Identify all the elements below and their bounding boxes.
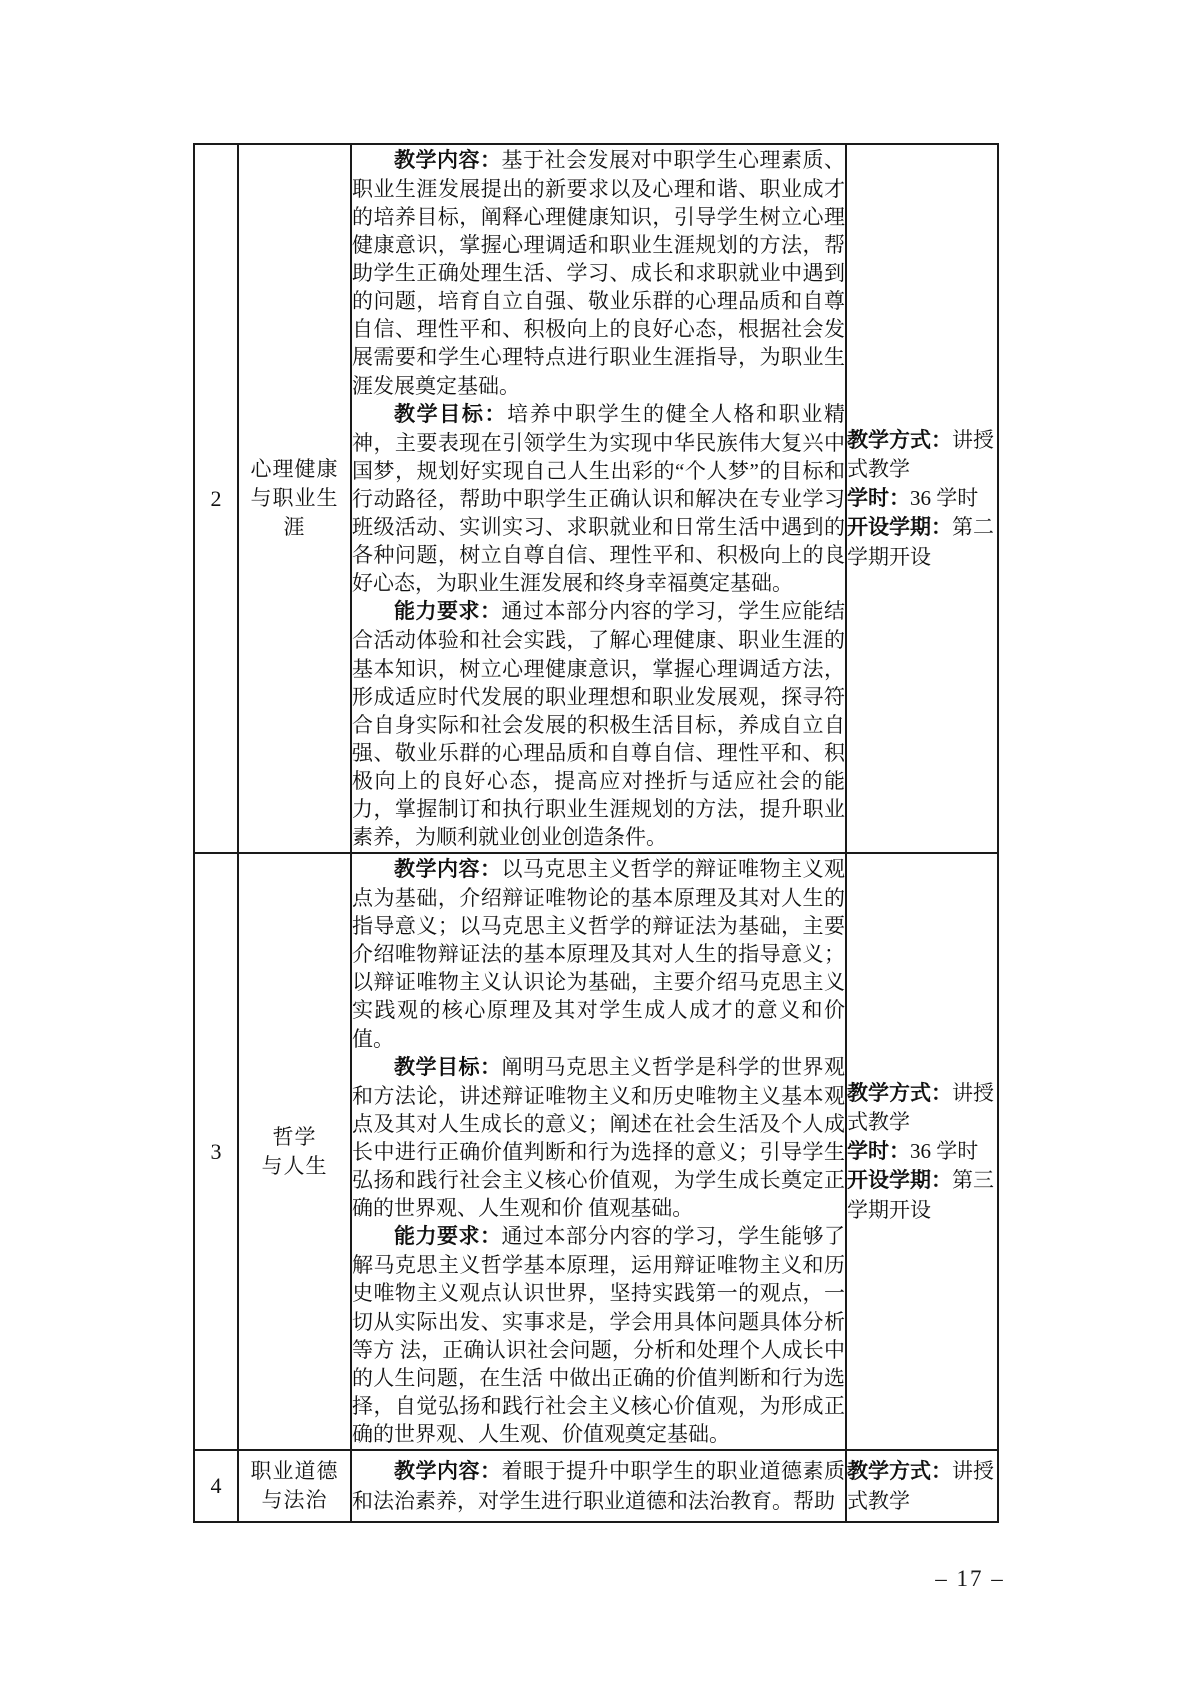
course-title-line: 与人生 [239,1152,350,1181]
info-line: 教学方式：讲授式教学 [847,1079,997,1137]
course-title-line: 与法治 [239,1486,350,1515]
curriculum-table: 2心理健康与职业生涯教学内容：基于社会发展对中职学生心理素质、职业生涯发展提出的… [193,143,999,1523]
info-line: 教学方式：讲授式教学 [847,1457,997,1515]
paragraph-text: 以马克思主义哲学的辩证唯物主义观点为基础，介绍辩证唯物论的基本原理及其对人生的指… [352,857,845,1051]
page-number: – 17 – [905,1566,1035,1592]
course-info-cell: 教学方式：讲授式教学 [846,1450,998,1522]
paragraph-label: 教学内容： [394,858,502,881]
course-description-cell: 教学内容：基于社会发展对中职学生心理素质、职业生涯发展提出的新要求以及心理和谐、… [351,144,846,853]
curriculum-table-body: 2心理健康与职业生涯教学内容：基于社会发展对中职学生心理素质、职业生涯发展提出的… [194,144,998,1522]
paragraph-text: 培养中职学生的健全人格和职业精神，主要表现在引领学生为实现中华民族伟大复兴中国梦… [352,402,845,596]
info-label: 教学方式： [847,1082,952,1105]
row-number: 2 [195,486,237,512]
info-line: 学时：36 学时 [847,484,997,513]
course-title-line: 与职业生 [239,484,350,513]
course-description-cell: 教学内容：着眼于提升中职学生的职业道德素质和法治素养，对学生进行职业道德和法治教… [351,1450,846,1522]
paragraph-label: 教学目标： [394,1056,502,1079]
row-number: 3 [195,1139,237,1165]
info-label: 教学方式： [847,429,952,452]
table-row: 3哲学与人生教学内容：以马克思主义哲学的辩证唯物主义观点为基础，介绍辩证唯物论的… [194,853,998,1450]
info-value: 36 学时 [910,1139,978,1163]
info-label: 开设学期： [847,1169,952,1192]
paragraph-label: 能力要求： [394,1225,502,1248]
course-title-line: 哲学 [239,1123,350,1152]
course-info-cell: 教学方式：讲授式教学学时：36 学时开设学期：第二学期开设 [846,144,998,853]
info-label: 开设学期： [847,516,952,539]
description-paragraph: 能力要求：通过本部分内容的学习，学生能够了解马克思主义哲学基本原理，运用辩证唯物… [352,1222,845,1448]
row-number-cell: 3 [194,853,238,1450]
paragraph-label: 教学目标： [394,403,507,426]
course-info-cell: 教学方式：讲授式教学学时：36 学时开设学期：第三学期开设 [846,853,998,1450]
course-description-cell: 教学内容：以马克思主义哲学的辩证唯物主义观点为基础，介绍辩证唯物论的基本原理及其… [351,853,846,1450]
paragraph-label: 教学内容： [394,149,502,172]
description-paragraph: 教学内容：基于社会发展对中职学生心理素质、职业生涯发展提出的新要求以及心理和谐、… [352,146,845,400]
info-line: 教学方式：讲授式教学 [847,426,997,484]
paragraph-text: 基于社会发展对中职学生心理素质、职业生涯发展提出的新要求以及心理和谐、职业成才的… [352,148,845,398]
document-page: 2心理健康与职业生涯教学内容：基于社会发展对中职学生心理素质、职业生涯发展提出的… [0,0,1191,1684]
info-line: 开设学期：第二学期开设 [847,513,997,571]
paragraph-text: 通过本部分内容的学习，学生应能结合活动体验和社会实践，了解心理健康、职业生涯的基… [352,599,845,849]
description-paragraph: 教学目标：培养中职学生的健全人格和职业精神，主要表现在引领学生为实现中华民族伟大… [352,400,845,598]
paragraph-text: 阐明马克思主义哲学是科学的世界观和方法论，讲述辩证唯物主义和历史唯物主义基本观点… [352,1055,845,1220]
table-row: 4职业道德与法治教学内容：着眼于提升中职学生的职业道德素质和法治素养，对学生进行… [194,1450,998,1522]
info-label: 教学方式： [847,1460,952,1483]
description-paragraph: 教学内容：着眼于提升中职学生的职业道德素质和法治素养，对学生进行职业道德和法治教… [352,1457,845,1514]
row-number-cell: 4 [194,1450,238,1522]
course-title-line: 心理健康 [239,455,350,484]
course-title-line: 职业道德 [239,1457,350,1486]
description-paragraph: 教学内容：以马克思主义哲学的辩证唯物主义观点为基础，介绍辩证唯物论的基本原理及其… [352,855,845,1053]
course-title-line: 涯 [239,513,350,542]
info-label: 学时： [847,1140,910,1163]
paragraph-label: 教学内容： [394,1460,502,1483]
info-value: 36 学时 [910,486,978,510]
description-paragraph: 教学目标：阐明马克思主义哲学是科学的世界观和方法论，讲述辩证唯物主义和历史唯物主… [352,1053,845,1223]
description-paragraph: 能力要求：通过本部分内容的学习，学生应能结合活动体验和社会实践，了解心理健康、职… [352,597,845,851]
table-row: 2心理健康与职业生涯教学内容：基于社会发展对中职学生心理素质、职业生涯发展提出的… [194,144,998,853]
course-title-cell: 哲学与人生 [238,853,351,1450]
info-line: 开设学期：第三学期开设 [847,1166,997,1224]
course-title-cell: 职业道德与法治 [238,1450,351,1522]
info-line: 学时：36 学时 [847,1137,997,1166]
info-label: 学时： [847,487,910,510]
row-number-cell: 2 [194,144,238,853]
paragraph-text: 通过本部分内容的学习，学生能够了解马克思主义哲学基本原理，运用辩证唯物主义和历史… [352,1224,845,1446]
paragraph-label: 能力要求： [394,600,502,623]
row-number: 4 [195,1473,237,1499]
course-title-cell: 心理健康与职业生涯 [238,144,351,853]
